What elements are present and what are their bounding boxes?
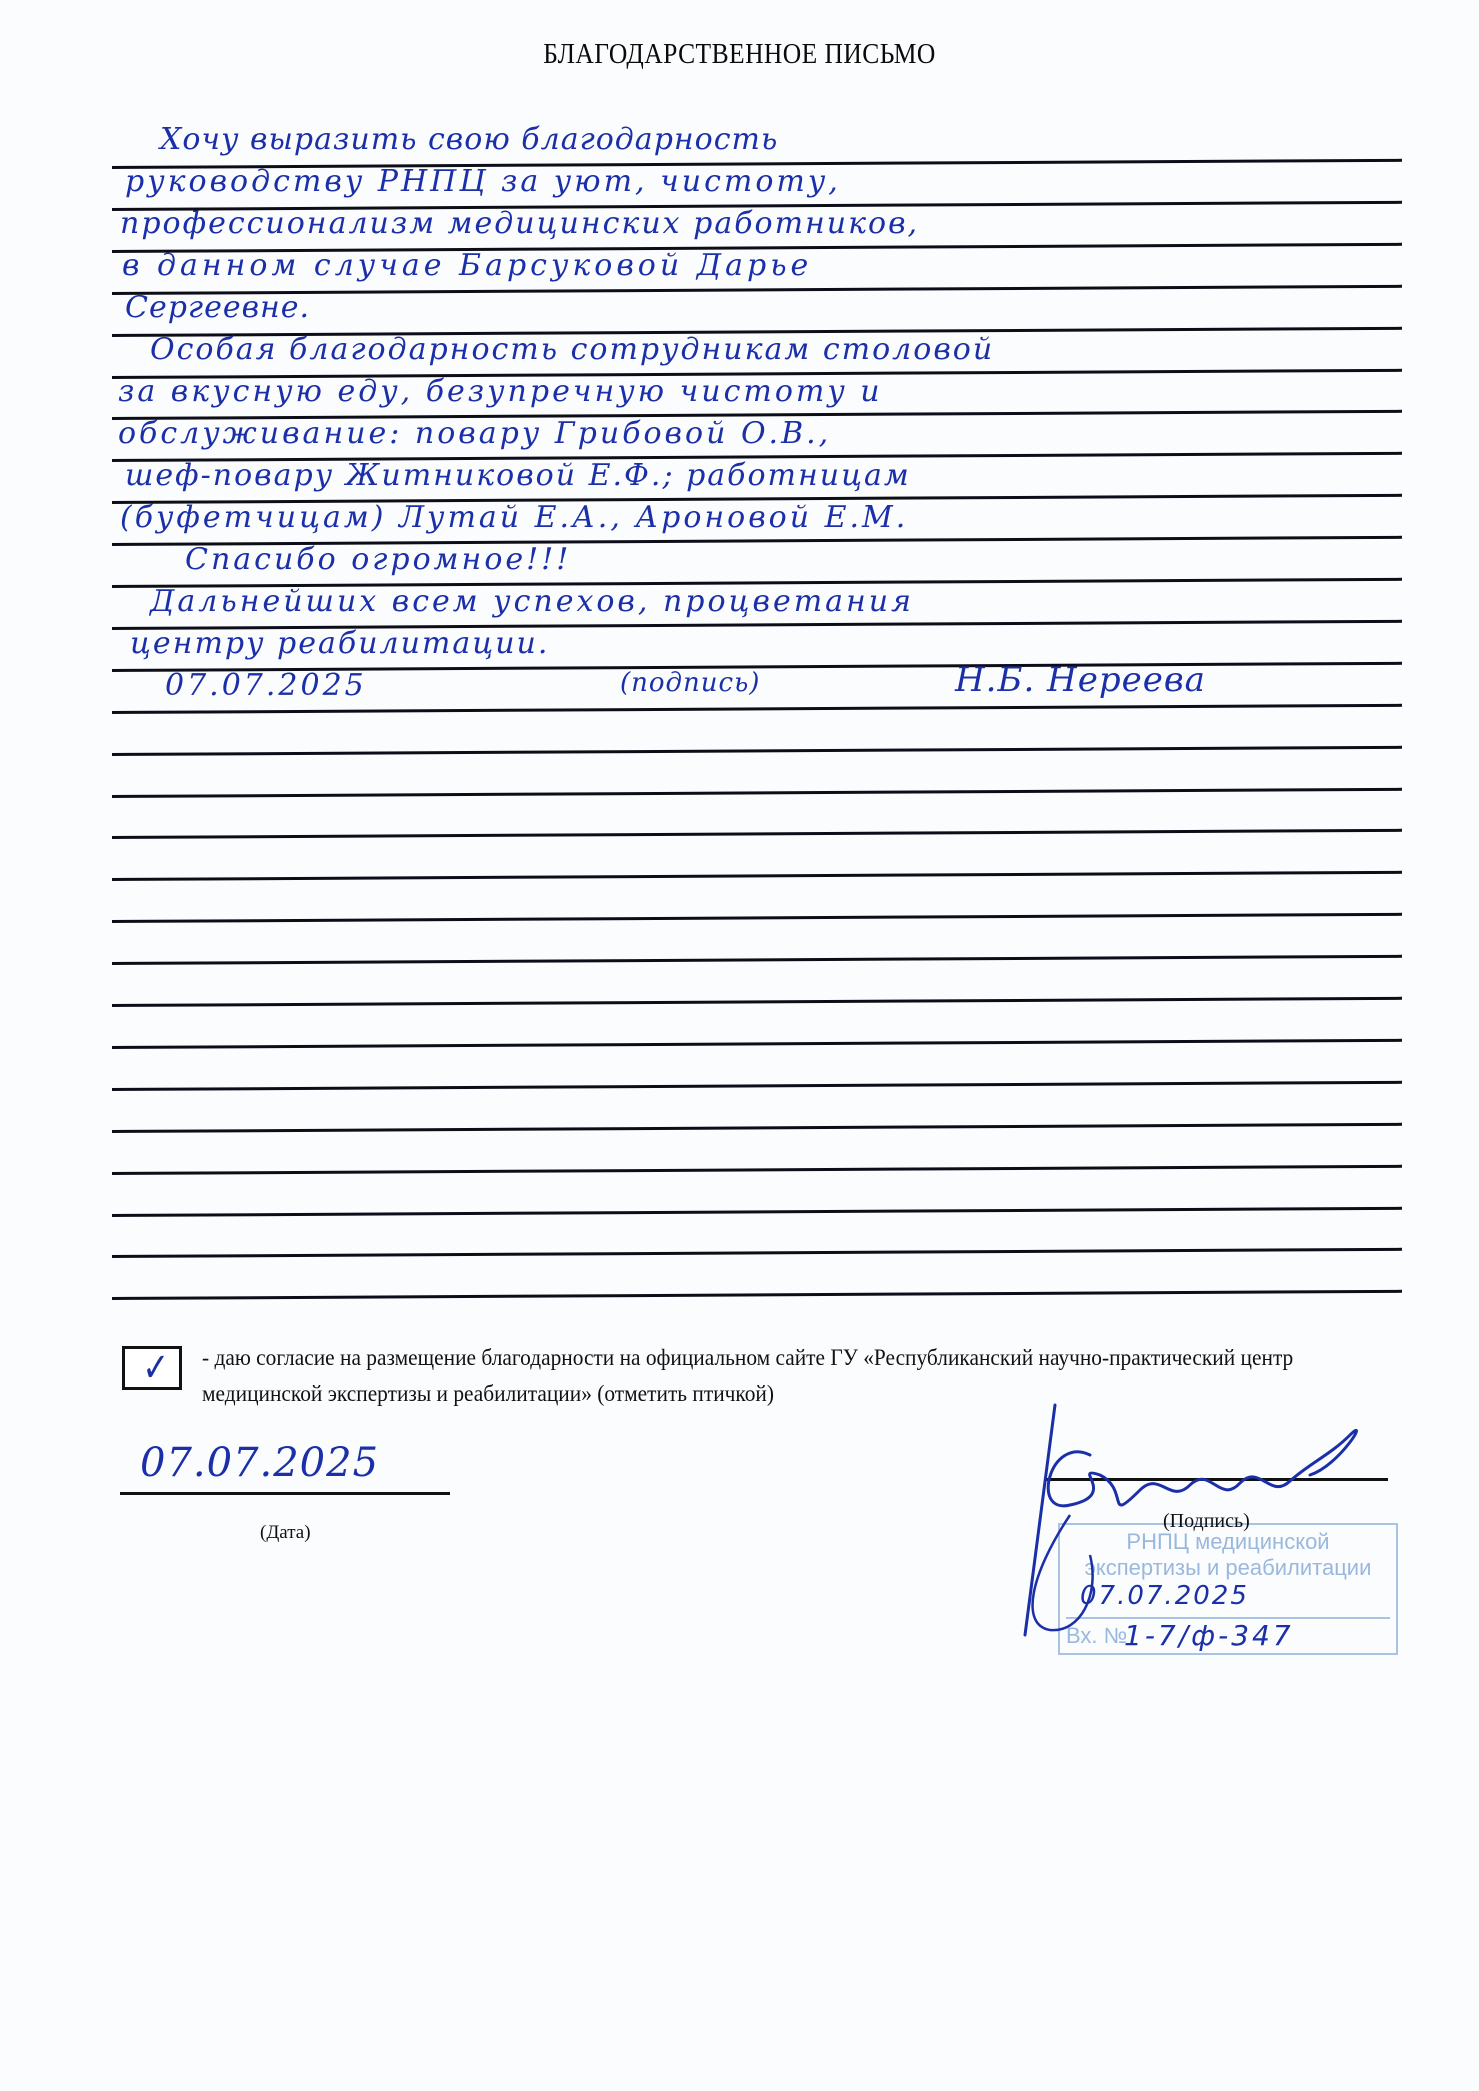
ruled-line <box>112 1039 1402 1049</box>
handwritten-line: в данном случае Барсуковой Дарье <box>122 248 812 283</box>
ruled-line <box>112 871 1402 881</box>
ruled-line <box>112 1081 1402 1091</box>
ruled-line <box>112 1164 1402 1174</box>
ruled-line <box>112 1206 1402 1216</box>
signoff-date: 07.07.2025 <box>165 668 367 703</box>
handwritten-line: Дальнейших всем успехов, процветания <box>150 584 914 619</box>
ruled-line <box>112 829 1402 839</box>
ruled-line <box>112 703 1402 713</box>
handwritten-line: профессионализм медицинских работников, <box>120 206 919 241</box>
handwritten-line: шеф-повару Житниковой Е.Ф.; работницам <box>125 458 911 493</box>
ruled-line <box>112 913 1402 923</box>
handwritten-line: обслуживание: повару Грибовой О.В., <box>118 416 831 451</box>
ruled-line <box>112 997 1402 1007</box>
date-value: 07.07.2025 <box>140 1440 379 1486</box>
handwritten-line: (буфетчицам) Лутай Е.А., Ароновой Е.М. <box>120 500 908 535</box>
handwritten-line: центру реабилитации. <box>130 626 549 661</box>
handwritten-line: Хочу выразить свою благодарность <box>160 122 778 157</box>
date-label: (Дата) <box>260 1522 311 1544</box>
signoff-signature: (подпись) <box>620 668 760 698</box>
handwritten-line: Спасибо огромное!!! <box>185 542 571 577</box>
ruled-line <box>112 745 1402 755</box>
handwritten-line: за вкусную еду, безупречную чистоту и <box>118 374 883 409</box>
ruled-line <box>112 955 1402 965</box>
consent-checkbox[interactable]: ✓ <box>122 1346 182 1390</box>
signoff-name: Н.Б. Нереева <box>955 660 1206 700</box>
ruled-line <box>112 787 1402 797</box>
ruled-line <box>112 1290 1402 1300</box>
ruled-line <box>112 1122 1402 1132</box>
ruled-line <box>112 1248 1402 1258</box>
date-line <box>120 1492 450 1495</box>
handwritten-line: Сергеевне. <box>125 290 310 325</box>
signature-scribble-icon <box>1010 1395 1410 1665</box>
handwritten-line: руководству РНПЦ за уют, чистоту, <box>125 164 841 199</box>
checkmark-icon: ✓ <box>142 1345 169 1391</box>
handwritten-line: Особая благодарность сотрудникам столово… <box>150 332 994 367</box>
